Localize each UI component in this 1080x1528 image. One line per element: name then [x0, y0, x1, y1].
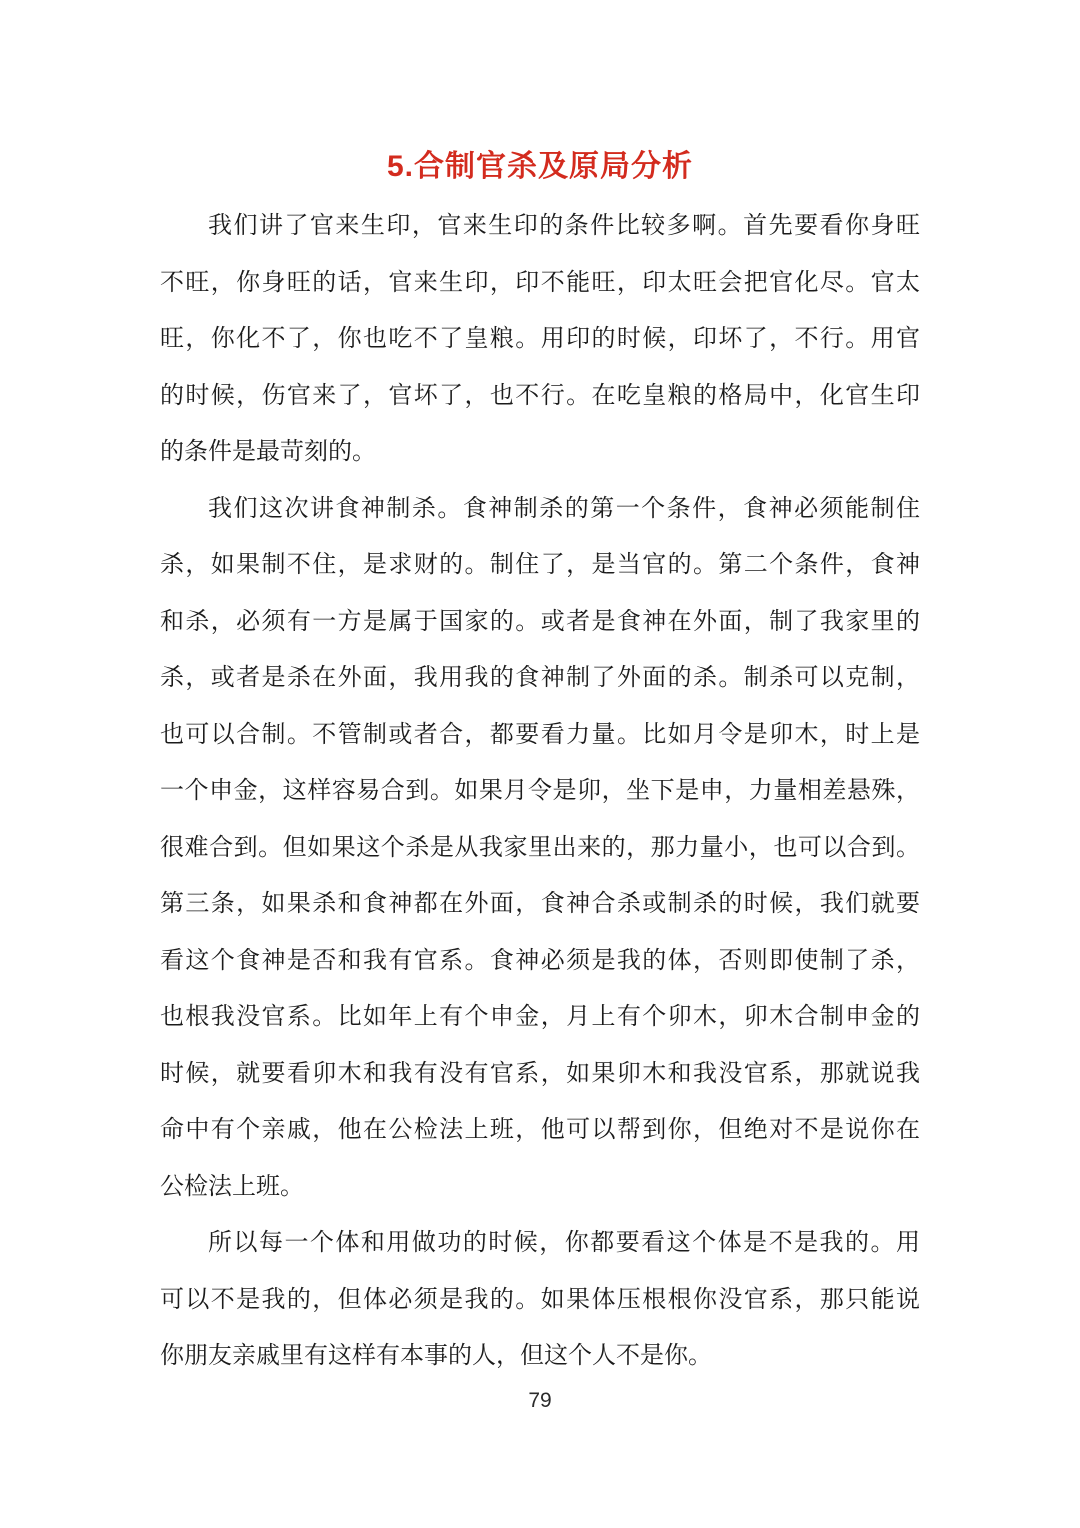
text-line: 我们讲了官来生印，官来生印的条件比较多啊。首先要看你身旺 [160, 198, 920, 255]
text-line: 时候，就要看卯木和我有没有官系，如果卯木和我没官系，那就说我 [160, 1046, 920, 1103]
section-title: 5.合制官杀及原局分析 [0, 141, 1080, 185]
text-line: 杀，如果制不住，是求财的。制住了，是当官的。第二个条件，食神 [160, 537, 920, 594]
document-page: 5.合制官杀及原局分析 我们讲了官来生印，官来生印的条件比较多啊。首先要看你身旺… [0, 0, 1080, 1528]
text-line: 看这个食神是否和我有官系。食神必须是我的体，否则即使制了杀， [160, 933, 920, 990]
text-line: 旺，你化不了，你也吃不了皇粮。用印的时候，印坏了，不行。用官 [160, 311, 920, 368]
text-line: 不旺，你身旺的话，官来生印，印不能旺，印太旺会把官化尽。官太 [160, 255, 920, 312]
text-line: 和杀，必须有一方是属于国家的。或者是食神在外面，制了我家里的 [160, 594, 920, 651]
content: 我们讲了官来生印，官来生印的条件比较多啊。首先要看你身旺不旺，你身旺的话，官来生… [160, 198, 920, 1385]
text-line: 很难合到。但如果这个杀是从我家里出来的，那力量小，也可以合到。 [160, 820, 920, 877]
text-line: 也根我没官系。比如年上有个申金，月上有个卯木，卯木合制申金的 [160, 989, 920, 1046]
text-line: 杀，或者是杀在外面，我用我的食神制了外面的杀。制杀可以克制， [160, 650, 920, 707]
text-line: 的时候，伤官来了，官坏了，也不行。在吃皇粮的格局中，化官生印 [160, 368, 920, 425]
text-line: 第三条，如果杀和食神都在外面，食神合杀或制杀的时候，我们就要 [160, 876, 920, 933]
text-line: 的条件是最苛刻的。 [160, 424, 920, 481]
text-line: 你朋友亲戚里有这样有本事的人，但这个人不是你。 [160, 1328, 920, 1385]
text-line: 命中有个亲戚，他在公检法上班，他可以帮到你，但绝对不是说你在 [160, 1102, 920, 1159]
text-line: 也可以合制。不管制或者合，都要看力量。比如月令是卯木，时上是 [160, 707, 920, 764]
text-line: 我们这次讲食神制杀。食神制杀的第一个条件，食神必须能制住 [160, 481, 920, 538]
text-line: 公检法上班。 [160, 1159, 920, 1216]
text-line: 一个申金，这样容易合到。如果月令是卯，坐下是申，力量相差悬殊， [160, 763, 920, 820]
text-line: 可以不是我的，但体必须是我的。如果体压根根你没官系，那只能说 [160, 1272, 920, 1329]
text-line: 所以每一个体和用做功的时候，你都要看这个体是不是我的。用 [160, 1215, 920, 1272]
page-number: 79 [0, 1389, 1080, 1413]
